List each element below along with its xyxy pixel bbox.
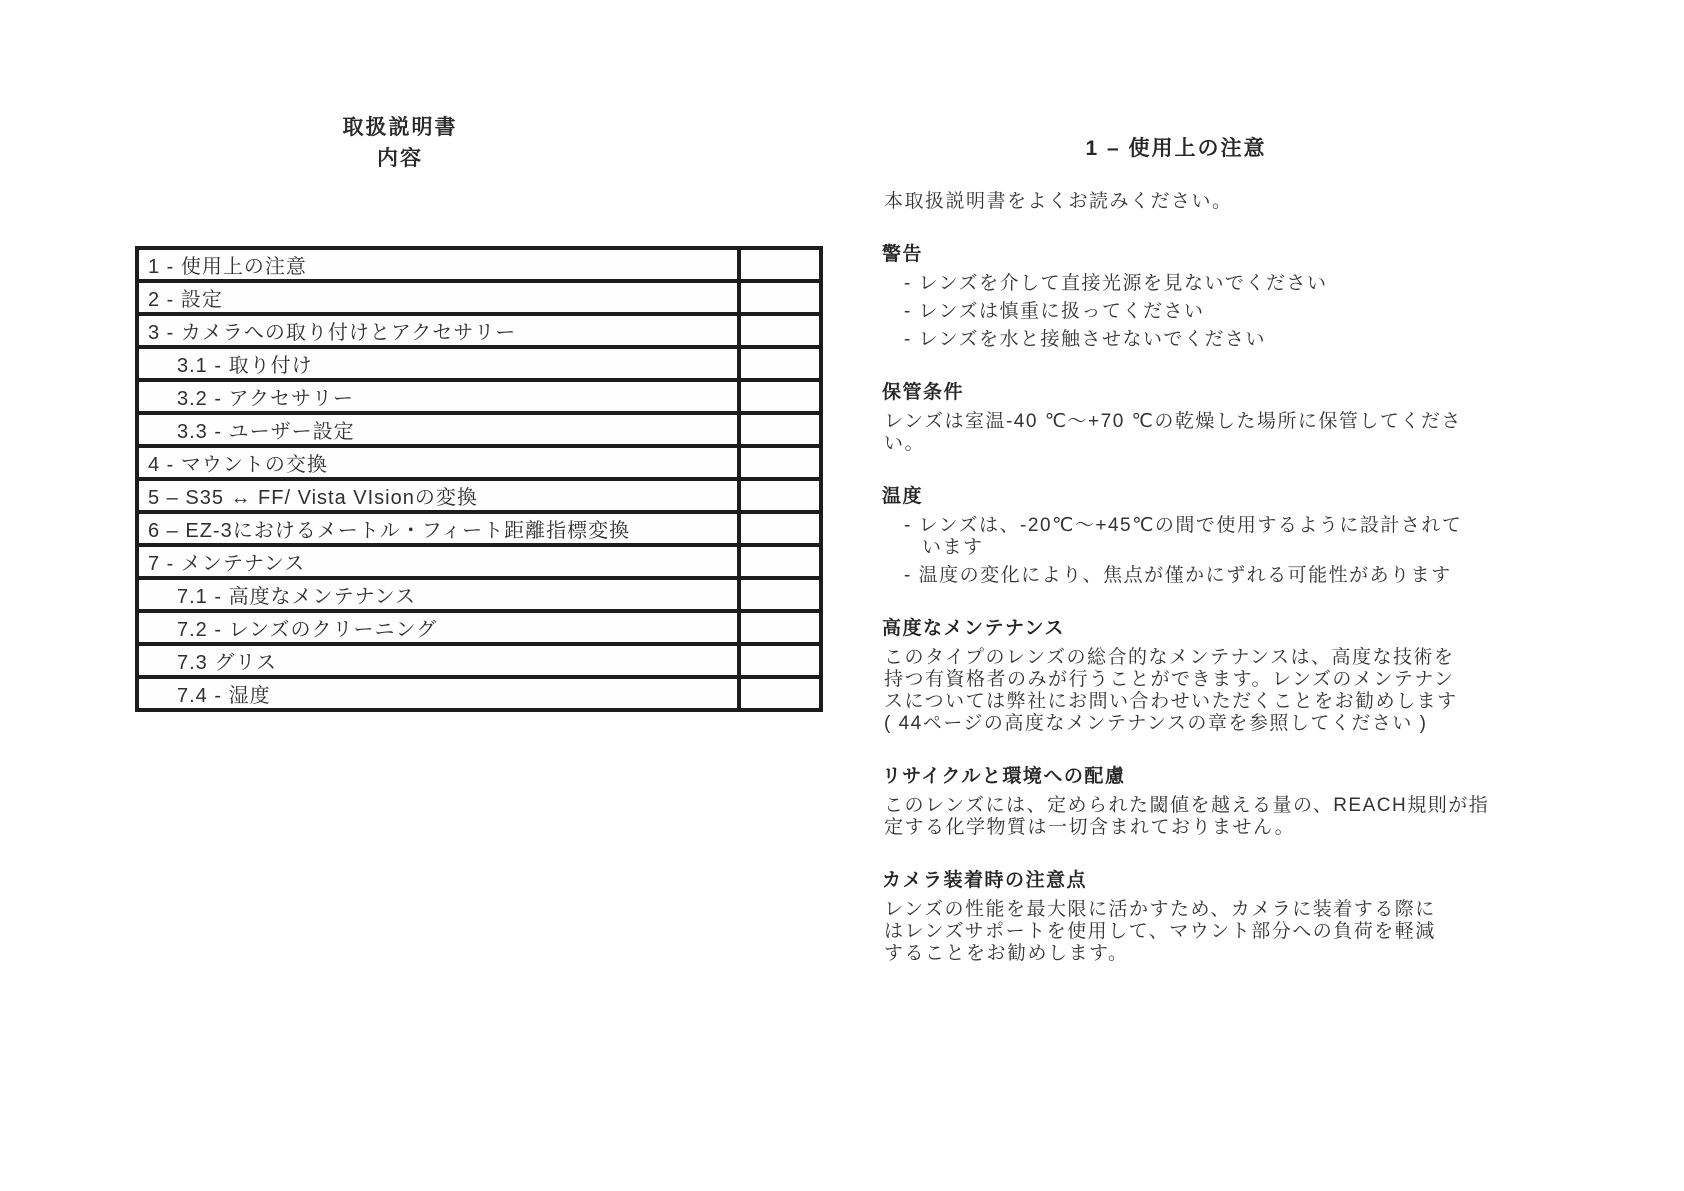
toc-row-page-cell	[739, 347, 821, 380]
toc-row-page-cell	[739, 380, 821, 413]
toc-table: 1 - 使用上の注意 2 - 設定 3 - カメラへの取り付けとアクセサリー 3…	[135, 246, 823, 712]
toc-row: 7 - メンテナンス	[137, 545, 821, 578]
toc-row-label: 1 - 使用上の注意	[137, 248, 739, 281]
section-line: レンズの性能を最大限に活かすため、カメラに装着する際に	[884, 899, 1474, 921]
toc-row: 4 - マウントの交換	[137, 446, 821, 479]
toc-row-page-cell	[739, 545, 821, 578]
intro-line: 本取扱説明書をよくお読みください。	[884, 186, 1474, 213]
toc-row-label: 3 - カメラへの取り付けとアクセサリー	[137, 314, 739, 347]
section-line: - レンズを水と接触させないでください	[904, 329, 1474, 351]
section-title: リサイクルと環境への配慮	[882, 761, 1474, 788]
toc-row-page-cell	[739, 677, 821, 710]
section-line: スについては弊社にお問い合わせいただくことをお勧めします	[884, 691, 1474, 713]
toc-row-label: 7.3 グリス	[137, 644, 739, 677]
section-line: することをお勧めします。	[884, 943, 1474, 965]
toc-row-label: 5 – S35 ↔ FF/ Vista VIsionの変換	[137, 479, 739, 512]
toc-row-label: 2 - 設定	[137, 281, 739, 314]
toc-row-page-cell	[739, 248, 821, 281]
manual-title-line2: 内容	[200, 143, 600, 174]
toc-row-label: 3.3 - ユーザー設定	[137, 413, 739, 446]
content-section: リサイクルと環境への配慮 このレンズには、定められた閾値を越える量の、REACH…	[878, 761, 1474, 839]
toc-row-page-cell	[739, 512, 821, 545]
section-title: 保管条件	[882, 377, 1474, 404]
toc-row: 7.1 - 高度なメンテナンス	[137, 578, 821, 611]
toc-row-label: 3.1 - 取り付け	[137, 347, 739, 380]
toc-row-label: 7 - メンテナンス	[137, 545, 739, 578]
sections-container: 警告 - レンズを介して直接光源を見ないでください- レンズは慎重に扱ってくださ…	[878, 239, 1474, 965]
toc-row: 3 - カメラへの取り付けとアクセサリー	[137, 314, 821, 347]
toc-row: 2 - 設定	[137, 281, 821, 314]
section-1-heading: 1 – 使用上の注意	[878, 132, 1474, 162]
toc-row: 6 – EZ-3におけるメートル・フィート距離指標変換	[137, 512, 821, 545]
section-1-page: 1 – 使用上の注意 本取扱説明書をよくお読みください。 警告 - レンズを介し…	[878, 132, 1474, 965]
section-line: はレンズサポートを使用して、マウント部分への負荷を軽減	[884, 921, 1474, 943]
toc-row: 1 - 使用上の注意	[137, 248, 821, 281]
section-line: - 温度の変化により、焦点が僅かにずれる可能性があります	[904, 565, 1474, 587]
section-line: います	[922, 537, 1474, 559]
section-line: レンズは室温-40 ℃〜+70 ℃の乾燥した場所に保管してくださ	[884, 411, 1474, 433]
toc-row-page-cell	[739, 281, 821, 314]
section-title: 高度なメンテナンス	[882, 613, 1474, 640]
section-line: 持つ有資格者のみが行うことができます。レンズのメンテナン	[884, 669, 1474, 691]
toc-row-page-cell	[739, 611, 821, 644]
toc-row-page-cell	[739, 578, 821, 611]
toc-row-label: 7.2 - レンズのクリーニング	[137, 611, 739, 644]
content-section: 高度なメンテナンス このタイプのレンズの総合的なメンテナンスは、高度な技術を持つ…	[878, 613, 1474, 735]
section-line: - レンズは慎重に扱ってください	[904, 301, 1474, 323]
toc-row-page-cell	[739, 644, 821, 677]
toc-row: 3.2 - アクセサリー	[137, 380, 821, 413]
toc-row-page-cell	[739, 413, 821, 446]
manual-title-line1: 取扱説明書	[200, 112, 600, 143]
toc-row-label: 6 – EZ-3におけるメートル・フィート距離指標変換	[137, 512, 739, 545]
section-line: このタイプのレンズの総合的なメンテナンスは、高度な技術を	[884, 647, 1474, 669]
toc-row: 7.2 - レンズのクリーニング	[137, 611, 821, 644]
content-section: カメラ装着時の注意点 レンズの性能を最大限に活かすため、カメラに装着する際にはレ…	[878, 865, 1474, 965]
toc-row: 3.3 - ユーザー設定	[137, 413, 821, 446]
section-line: - レンズを介して直接光源を見ないでください	[904, 273, 1474, 295]
content-section: 警告 - レンズを介して直接光源を見ないでください- レンズは慎重に扱ってくださ…	[878, 239, 1474, 351]
section-line: 定する化学物質は一切含まれておりません。	[884, 817, 1474, 839]
section-line: このレンズには、定められた閾値を越える量の、REACH規則が指	[884, 795, 1474, 817]
toc-table-body: 1 - 使用上の注意 2 - 設定 3 - カメラへの取り付けとアクセサリー 3…	[137, 248, 821, 710]
toc-row-label: 3.2 - アクセサリー	[137, 380, 739, 413]
toc-row-page-cell	[739, 479, 821, 512]
toc-row-page-cell	[739, 314, 821, 347]
manual-title: 取扱説明書 内容	[200, 112, 600, 174]
toc-row: 7.4 - 湿度	[137, 677, 821, 710]
toc-row-label: 7.4 - 湿度	[137, 677, 739, 710]
manual-spread: 取扱説明書 内容 1 - 使用上の注意 2 - 設定 3 - カメラへの取り付け…	[0, 0, 1684, 1191]
toc-row: 7.3 グリス	[137, 644, 821, 677]
content-section: 温度 - レンズは、-20℃〜+45℃の間で使用するように設計されています- 温…	[878, 481, 1474, 587]
toc-row: 3.1 - 取り付け	[137, 347, 821, 380]
section-line: い。	[884, 433, 1474, 455]
section-title: カメラ装着時の注意点	[882, 865, 1474, 892]
toc-row-page-cell	[739, 446, 821, 479]
section-line: ( 44ページの高度なメンテナンスの章を参照してください )	[884, 713, 1474, 735]
toc-row-label: 7.1 - 高度なメンテナンス	[137, 578, 739, 611]
section-title: 警告	[882, 239, 1474, 266]
toc-row: 5 – S35 ↔ FF/ Vista VIsionの変換	[137, 479, 821, 512]
toc-row-label: 4 - マウントの交換	[137, 446, 739, 479]
section-title: 温度	[882, 481, 1474, 508]
section-line: - レンズは、-20℃〜+45℃の間で使用するように設計されて	[904, 515, 1474, 537]
content-section: 保管条件 レンズは室温-40 ℃〜+70 ℃の乾燥した場所に保管してください。	[878, 377, 1474, 455]
